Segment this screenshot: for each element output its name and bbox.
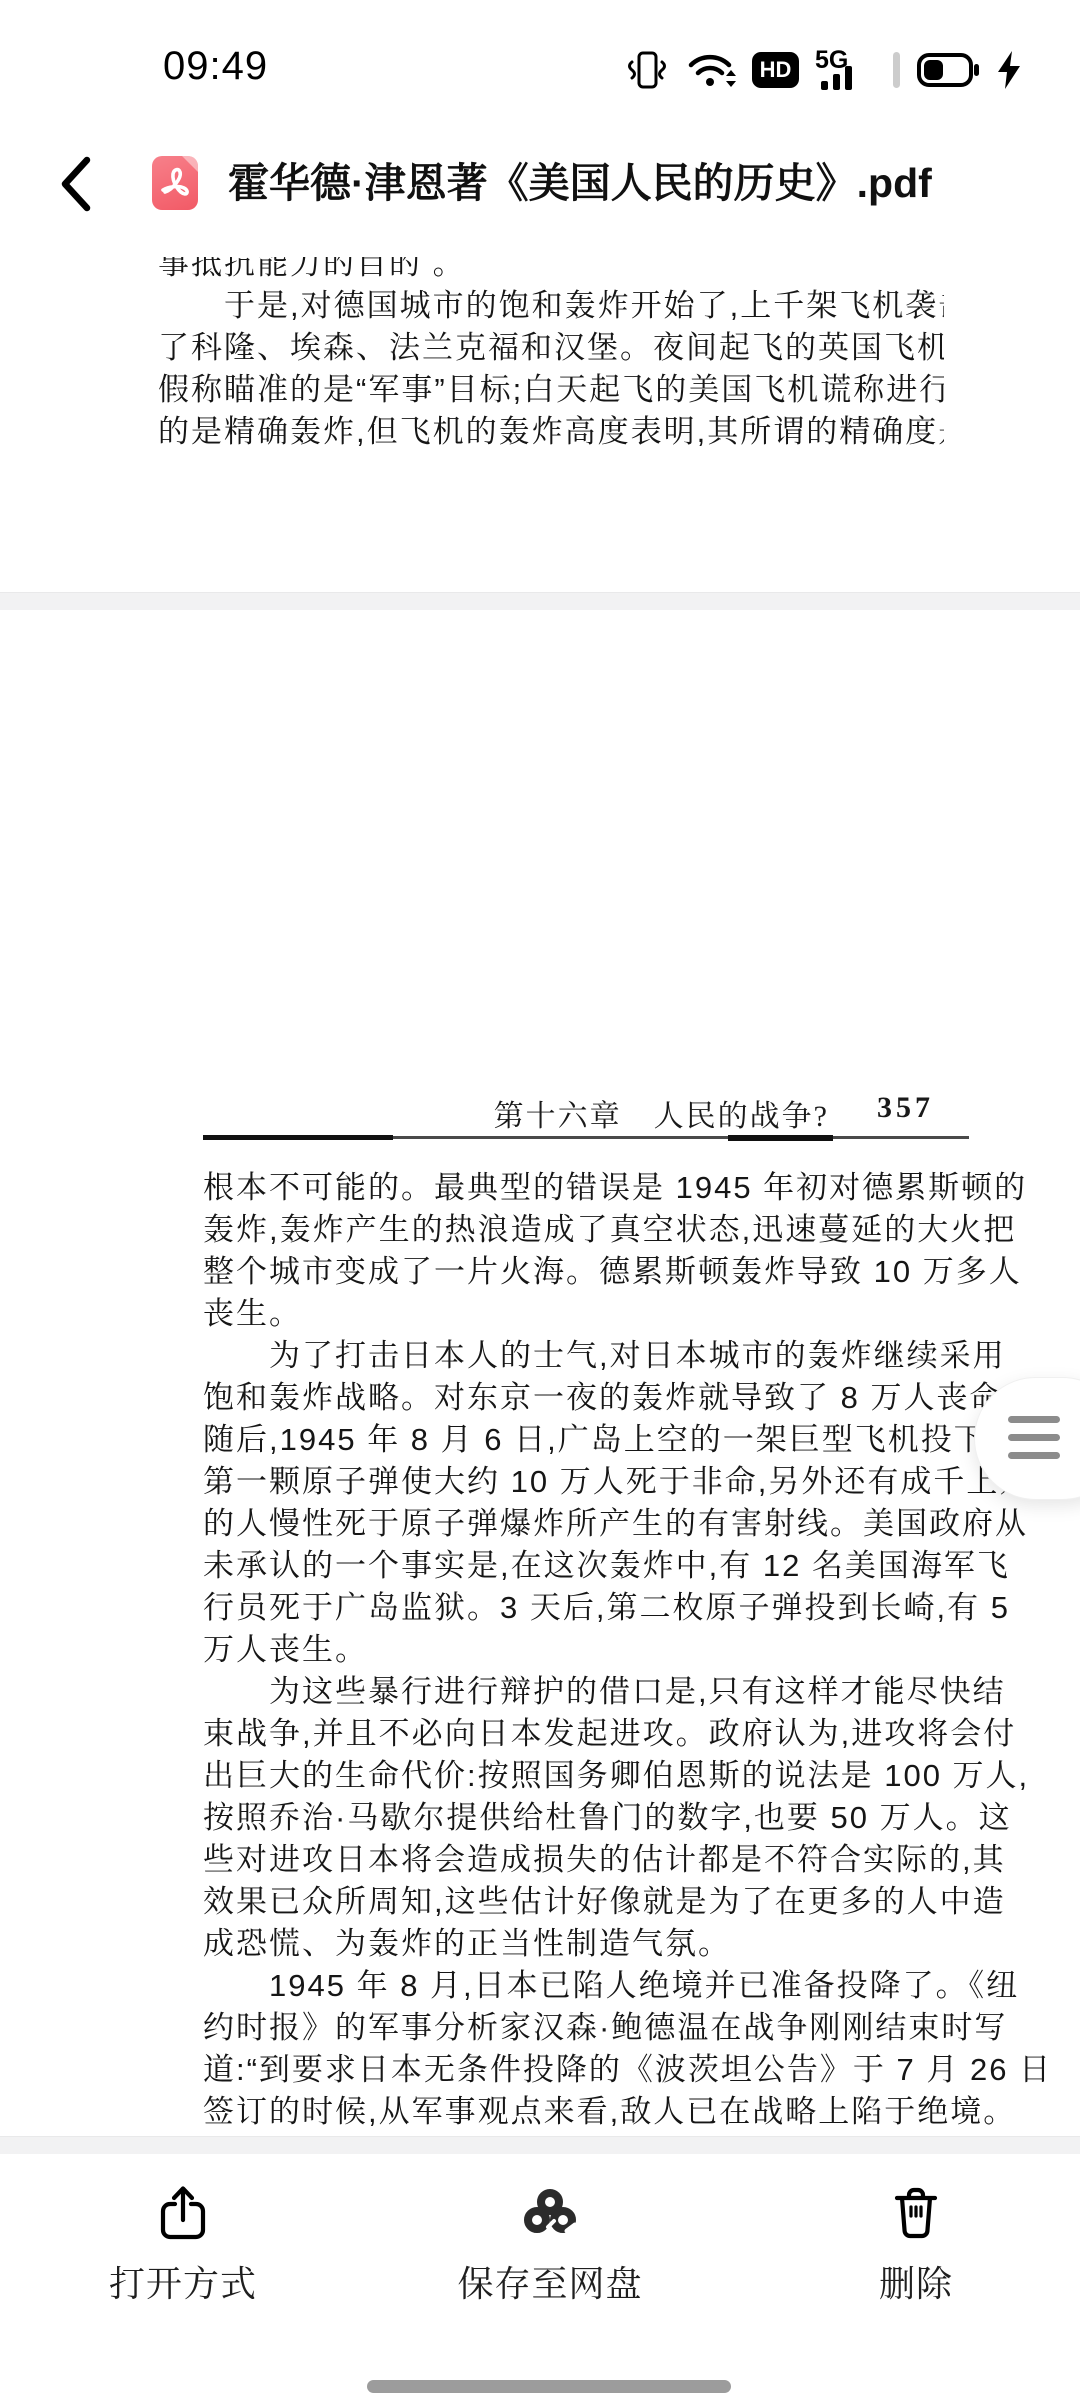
text-line: 为这些暴行进行辩护的借口是,只有这样才能尽快结 <box>203 1671 983 1713</box>
text-line: 成恐慌、为轰炸的正当性制造气氛。 <box>203 1923 983 1965</box>
text-line: 的人慢性死于原子弹爆炸所产生的有害射线。美国政府从 <box>203 1503 983 1545</box>
hamburger-menu-icon <box>1008 1416 1060 1459</box>
text-line: 了科隆、埃森、法兰克福和汉堡。夜间起飞的英国飞机无需 <box>158 327 944 369</box>
text-line: 整个城市变成了一片火海。德累斯顿轰炸导致 10 万多人 <box>203 1251 983 1293</box>
text-line: 随后,1945 年 8 月 6 日,广岛上空的一架巨型飞机投下的 <box>203 1419 983 1461</box>
text-line: 事抵抗能力的目的 。 <box>158 257 944 285</box>
status-icons: HD 5G <box>624 48 1022 92</box>
open-with-button[interactable]: 打开方式 <box>53 2184 313 2307</box>
text-line: 未承认的一个事实是,在这次轰炸中,有 12 名美国海军飞 <box>203 1545 983 1587</box>
chapter-label: 第十六章 <box>494 1091 622 1135</box>
text-line: 按照乔治·马歇尔提供给杜鲁门的数字,也要 50 万人。这 <box>203 1797 983 1839</box>
text-line: 1945 年 8 月,日本已陷人绝境并已准备投降了。《纽 <box>203 1965 983 2007</box>
app-bar: 霍华德·津恩著《美国人民的历史》.pdf <box>0 110 1080 255</box>
text-line: 根本不可能的。最典型的错误是 1945 年初对德累斯顿的 <box>203 1167 983 1209</box>
sim-signal-empty-icon <box>893 52 900 88</box>
delete-label: 删除 <box>879 2256 953 2307</box>
home-indicator[interactable] <box>367 2380 731 2393</box>
clock-time: 09:49 <box>163 44 268 89</box>
text-line: 道:“到要求日本无条件投降的《波茨坦公告》于 7 月 26 日 <box>203 2049 983 2091</box>
page-separator <box>0 592 1080 611</box>
text-line: 万人丧生。 <box>203 1629 983 1671</box>
page-number: 357 <box>877 1091 934 1135</box>
document-title: 霍华德·津恩著《美国人民的历史》.pdf <box>228 150 1048 209</box>
text-line: 假称瞄准的是“军事”目标;白天起飞的美国飞机谎称进行 <box>158 369 944 411</box>
wifi-icon <box>686 48 736 92</box>
page-separator-bottom <box>0 2136 1080 2155</box>
running-header-title: 人民的战争? <box>654 1091 829 1135</box>
save-to-cloud-button[interactable]: 保存至网盘 <box>420 2184 680 2307</box>
text-line: 为了打击日本人的士气,对日本城市的轰炸继续采用 <box>203 1335 983 1377</box>
text-line: 出巨大的生命代价:按照国务卿伯恩斯的说法是 100 万人, <box>203 1755 983 1797</box>
pdf-file-icon <box>152 156 198 210</box>
running-header-rule <box>203 1136 969 1139</box>
current-page: 第十六章 人民的战争? 357 根本不可能的。最典型的错误是 1945 年初对德… <box>0 610 1080 2392</box>
back-button[interactable] <box>42 144 112 224</box>
chevron-left-icon <box>56 153 98 215</box>
hd-badge-icon: HD <box>752 52 799 88</box>
text-line: 轰炸,轰炸产生的热浪造成了真空状态,迅速蔓延的大火把 <box>203 1209 983 1251</box>
bottom-toolbar: 打开方式 保存至网盘 <box>0 2154 1080 2400</box>
open-with-icon <box>154 2184 212 2242</box>
previous-page-fragment: 事抵抗能力的目的 。 于是,对德国城市的饱和轰炸开始了,上千架飞机袭击了科隆、埃… <box>158 257 944 469</box>
trash-icon <box>887 2184 945 2242</box>
signal-5g-icon: 5G <box>815 48 877 92</box>
status-bar: 09:49 HD 5G <box>0 0 1080 110</box>
charging-bolt-icon <box>996 50 1022 90</box>
open-with-label: 打开方式 <box>109 2256 257 2307</box>
delete-button[interactable]: 删除 <box>786 2184 1046 2307</box>
running-header: 第十六章 人民的战争? 357 <box>494 1091 934 1135</box>
pdf-scroll-area[interactable]: 事抵抗能力的目的 。 于是,对德国城市的饱和轰炸开始了,上千架飞机袭击了科隆、埃… <box>0 255 1080 2154</box>
text-line: 束战争,并且不必向日本发起进攻。政府认为,进攻将会付 <box>203 1713 983 1755</box>
page-body-text: 根本不可能的。最典型的错误是 1945 年初对德累斯顿的轰炸,轰炸产生的热浪造成… <box>203 1167 983 2301</box>
text-line: 第一颗原子弹使大约 10 万人死于非命,另外还有成千上万 <box>203 1461 983 1503</box>
text-line: 约时报》的军事分析家汉森·鲍德温在战争刚刚结束时写 <box>203 2007 983 2049</box>
vibrate-icon <box>624 48 670 92</box>
text-line: 效果已众所周知,这些估计好像就是为了在更多的人中造 <box>203 1881 983 1923</box>
text-line: 丧生。 <box>203 1293 983 1335</box>
text-line: 饱和轰炸战略。对东京一夜的轰炸就导致了 8 万人丧命。 <box>203 1377 983 1419</box>
screen: 09:49 HD 5G <box>0 0 1080 2400</box>
text-line: 于是,对德国城市的饱和轰炸开始了,上千架飞机袭击 <box>158 285 944 327</box>
save-to-cloud-label: 保存至网盘 <box>457 2256 642 2307</box>
text-line: 签订的时候,从军事观点来看,敌人已在战略上陷于绝境。 <box>203 2091 983 2133</box>
signal-bars <box>821 66 852 90</box>
cloud-drive-icon <box>521 2184 579 2242</box>
text-line: 些对进攻日本将会造成损失的估计都是不符合实际的,其 <box>203 1839 983 1881</box>
text-line: 的是精确轰炸,但飞机的轰炸高度表明,其所谓的精确度是 <box>158 411 944 453</box>
text-line: 行员死于广岛监狱。3 天后,第二枚原子弹投到长崎,有 5 <box>203 1587 983 1629</box>
battery-icon <box>916 48 980 92</box>
